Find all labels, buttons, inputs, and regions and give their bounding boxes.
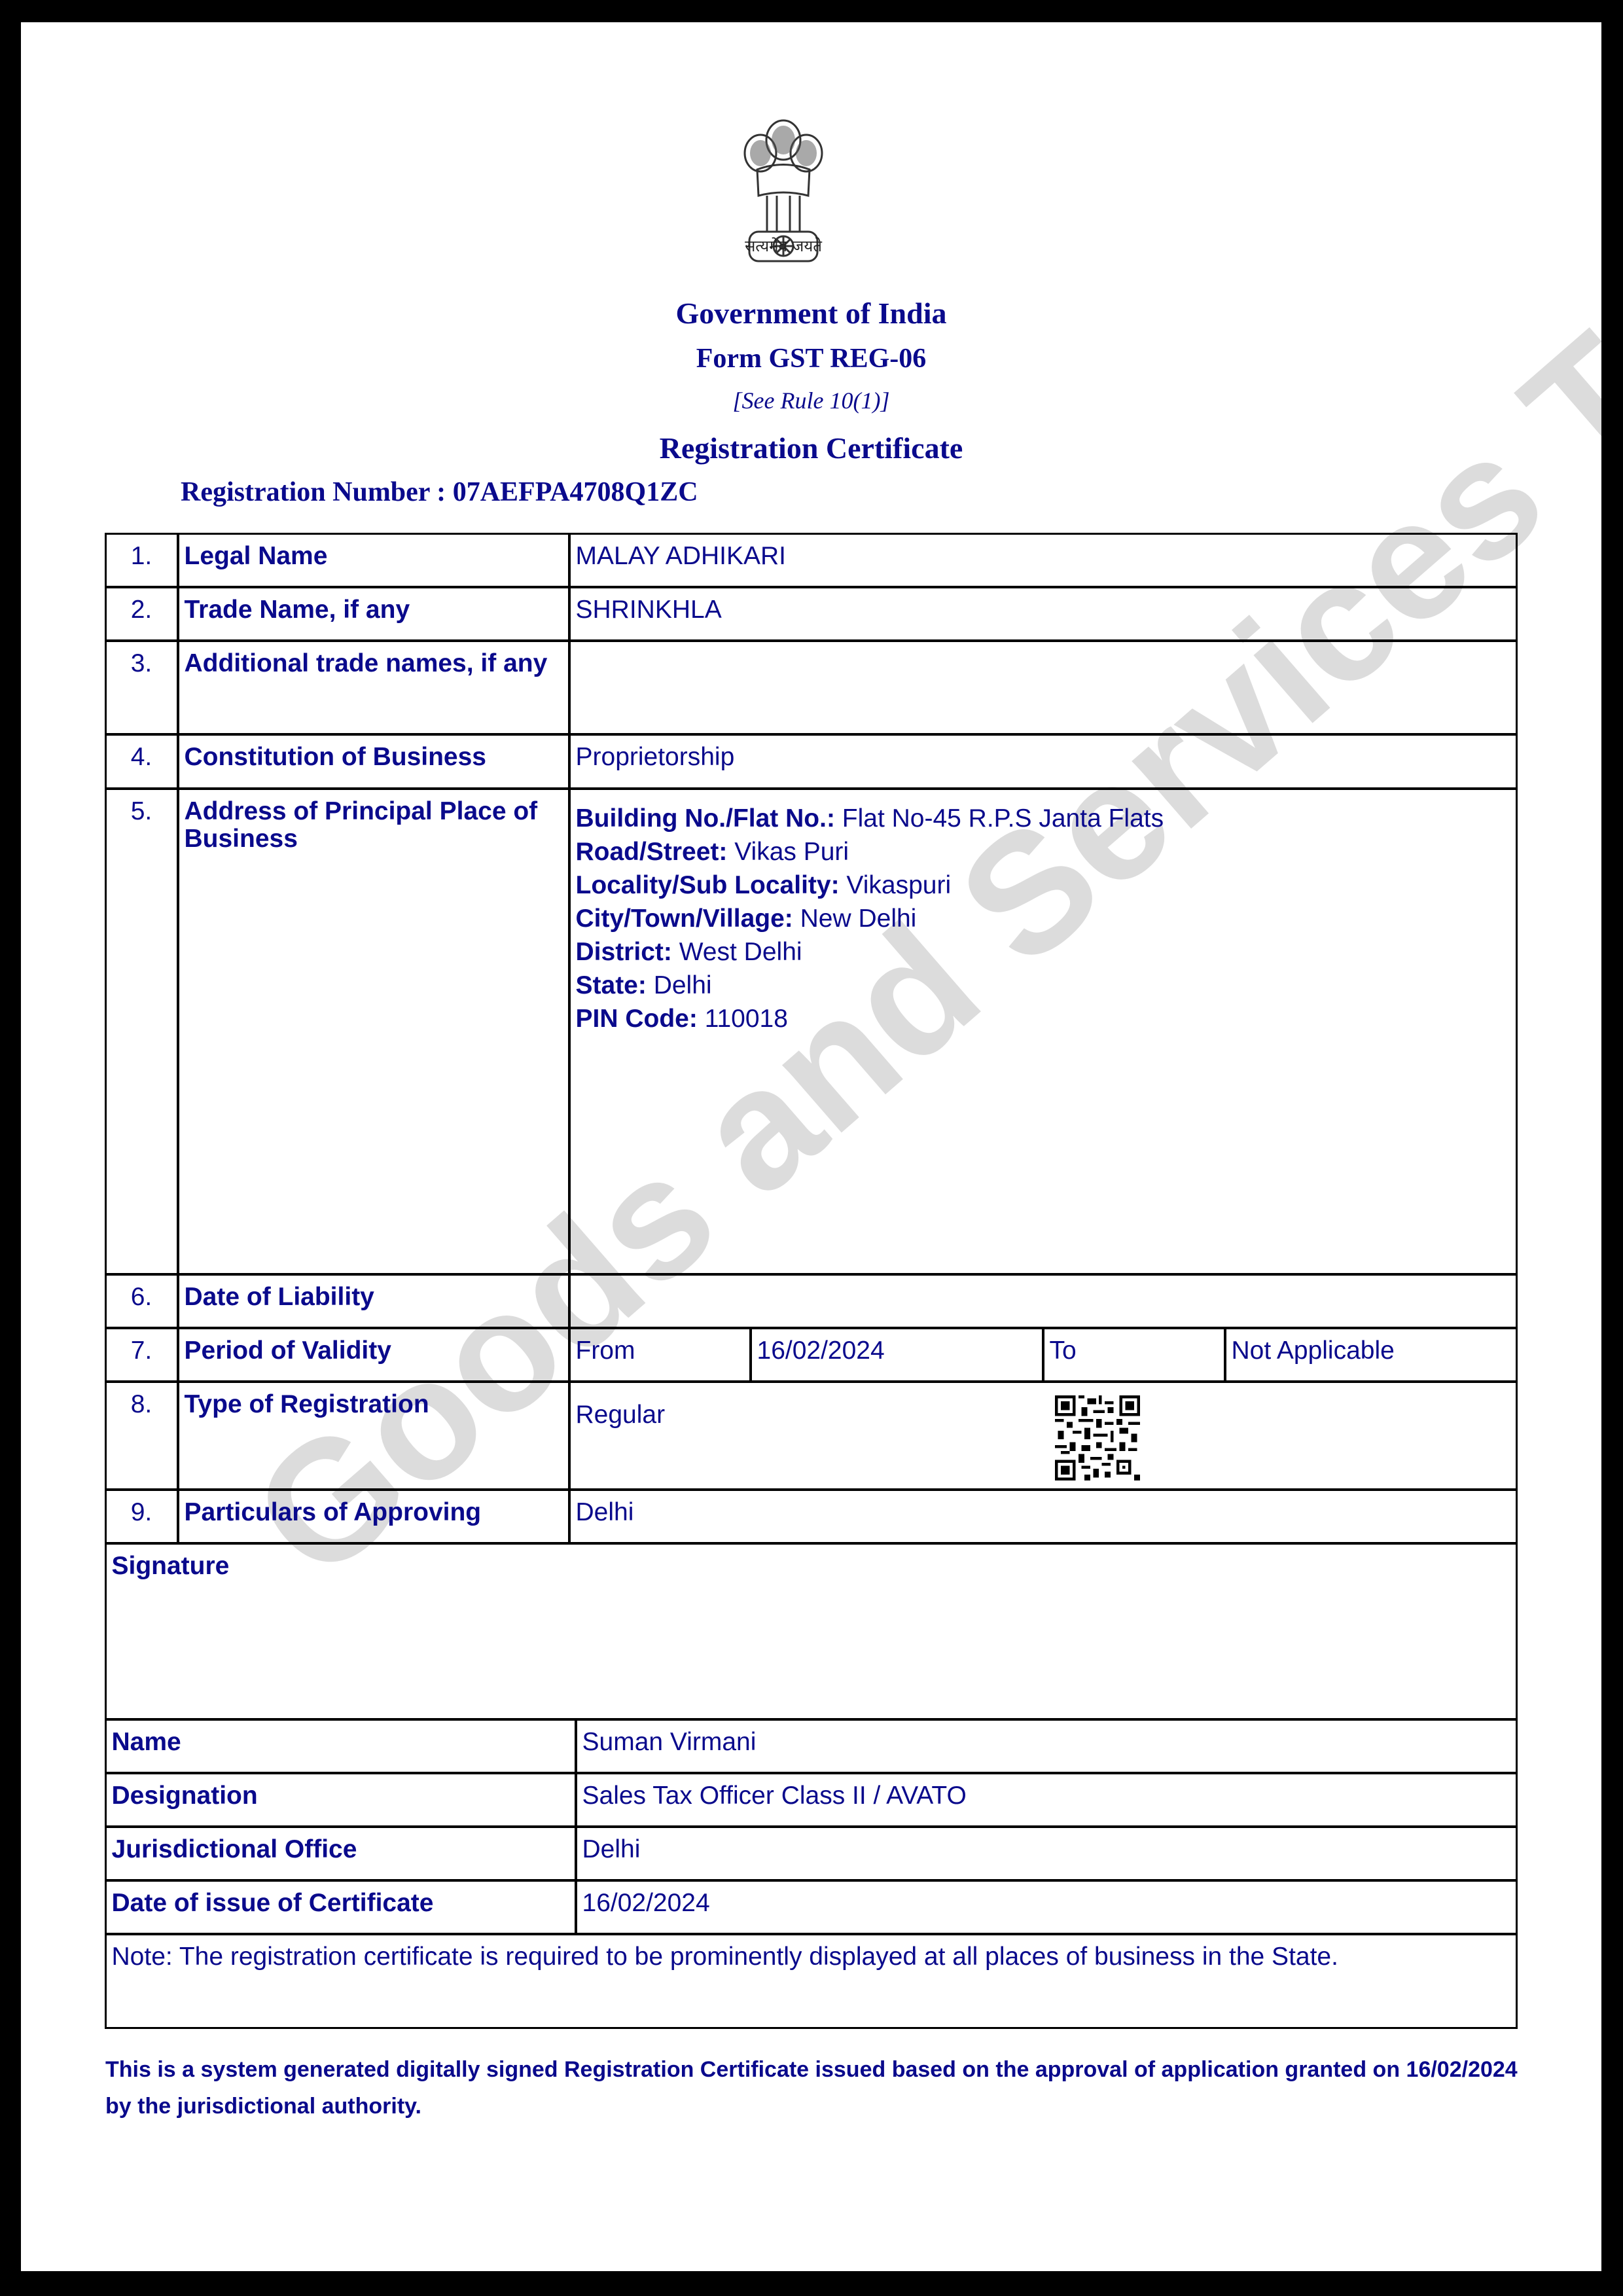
address-city: City/Town/Village: New Delhi — [576, 902, 1510, 935]
field-value-legal-name: MALAY ADHIKARI — [569, 533, 1518, 588]
address-building: Building No./Flat No.: Flat No-45 R.P.S … — [576, 802, 1510, 835]
field-value-date-of-liability — [569, 1274, 1518, 1329]
signature-box: Signature — [105, 1543, 1518, 1720]
row-number: 4. — [105, 734, 179, 789]
address-locality: Locality/Sub Locality: Vikaspuri — [576, 869, 1510, 902]
digital-signature-footer: This is a system generated digitally sig… — [105, 2051, 1532, 2125]
field-value-constitution: Proprietorship — [569, 734, 1518, 789]
signatory-name-value: Suman Virmani — [575, 1719, 1518, 1774]
row-number: 1. — [105, 533, 179, 588]
date-of-issue-label: Date of issue of Certificate — [105, 1880, 577, 1935]
validity-from-date: 16/02/2024 — [750, 1327, 1044, 1382]
row-number: 6. — [105, 1274, 179, 1329]
field-value-address: Building No./Flat No.: Flat No-45 R.P.S … — [569, 788, 1518, 1275]
field-label-type-of-registration: Type of Registration — [177, 1381, 570, 1490]
field-label-address: Address of Principal Place of Business — [177, 788, 570, 1275]
qr-code-icon — [1055, 1395, 1140, 1480]
row-number: 2. — [105, 586, 179, 641]
certificate-table: 1. Legal Name MALAY ADHIKARI 2. Trade Na… — [21, 22, 1601, 2271]
field-label-approving: Particulars of Approving — [177, 1489, 570, 1544]
designation-value: Sales Tax Officer Class II / AVATO — [575, 1772, 1518, 1827]
row-number: 7. — [105, 1327, 179, 1382]
address-road: Road/Street: Vikas Puri — [576, 835, 1510, 869]
field-label-constitution: Constitution of Business — [177, 734, 570, 789]
row-number: 3. — [105, 640, 179, 735]
signatory-name-label: Name — [105, 1719, 577, 1774]
field-label-legal-name: Legal Name — [177, 533, 570, 588]
address-state: State: Delhi — [576, 969, 1510, 1002]
field-label-date-of-liability: Date of Liability — [177, 1274, 570, 1329]
address-district: District: West Delhi — [576, 935, 1510, 969]
field-label-trade-name: Trade Name, if any — [177, 586, 570, 641]
row-number: 8. — [105, 1381, 179, 1490]
validity-to-label: To — [1043, 1327, 1226, 1382]
validity-from-label: From — [569, 1327, 751, 1382]
jurisdictional-office-value: Delhi — [575, 1826, 1518, 1881]
field-value-trade-name: SHRINKHLA — [569, 586, 1518, 641]
address-pin: PIN Code: 110018 — [576, 1002, 1510, 1035]
field-value-approving: Delhi — [569, 1489, 1518, 1544]
field-label-period-of-validity: Period of Validity — [177, 1327, 570, 1382]
field-value-type-of-registration: Regular — [569, 1381, 1518, 1490]
field-value-additional-trade-names — [569, 640, 1518, 735]
validity-to-date: Not Applicable — [1224, 1327, 1518, 1382]
certificate-page: सत्यमेव जयते Government of India Form GS… — [21, 22, 1601, 2271]
field-label-additional-trade-names: Additional trade names, if any — [177, 640, 570, 735]
date-of-issue-value: 16/02/2024 — [575, 1880, 1518, 1935]
designation-label: Designation — [105, 1772, 577, 1827]
display-note: Note: The registration certificate is re… — [105, 1933, 1518, 2029]
jurisdictional-office-label: Jurisdictional Office — [105, 1826, 577, 1881]
row-number: 9. — [105, 1489, 179, 1544]
row-number: 5. — [105, 788, 179, 1275]
